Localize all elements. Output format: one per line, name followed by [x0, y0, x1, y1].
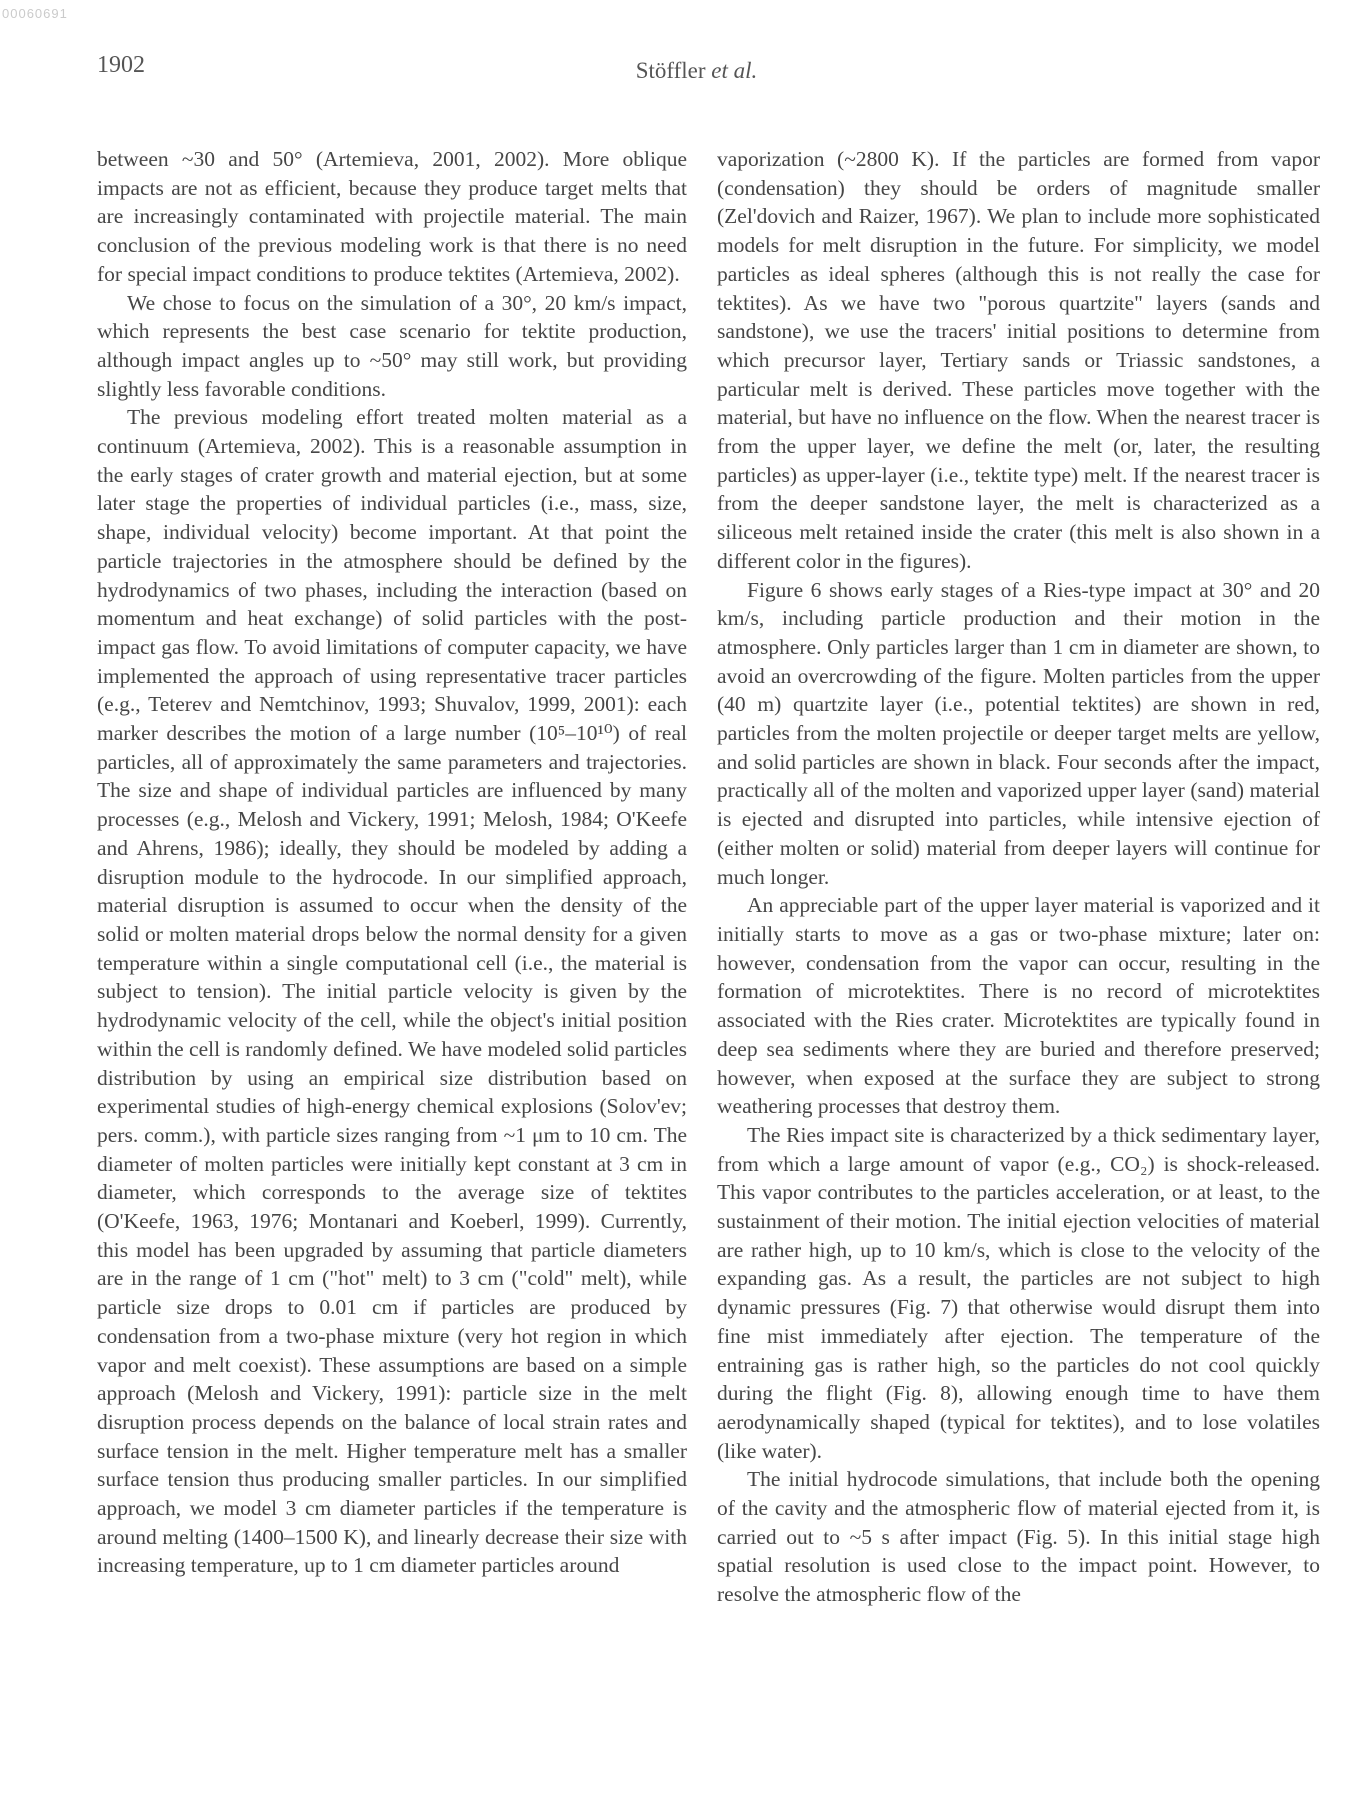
scan-watermark-number: 00060691 [2, 6, 68, 21]
paragraph: We chose to focus on the simulation of a… [97, 289, 687, 404]
running-head: Stöffler et al. [0, 58, 1371, 84]
scanned-paper-page: 00060691 1902 Stöffler et al. between ~3… [0, 0, 1371, 1803]
paragraph-continuation: between ~30 and 50° (Artemieva, 2001, 20… [97, 145, 687, 289]
paragraph: The initial hydrocode simulations, that … [717, 1465, 1320, 1609]
running-head-etal: et al. [711, 58, 757, 83]
paragraph: The previous modeling effort treated mol… [97, 403, 687, 1580]
right-column: vaporization (~2800 K). If the particles… [717, 145, 1320, 1609]
running-head-authors: Stöffler [636, 58, 712, 83]
paragraph-continuation: vaporization (~2800 K). If the particles… [717, 145, 1320, 576]
paragraph: An appreciable part of the upper layer m… [717, 891, 1320, 1121]
paragraph: Figure 6 shows early stages of a Ries-ty… [717, 576, 1320, 892]
left-column: between ~30 and 50° (Artemieva, 2001, 20… [97, 145, 687, 1580]
paragraph: The Ries impact site is characterized by… [717, 1121, 1320, 1465]
